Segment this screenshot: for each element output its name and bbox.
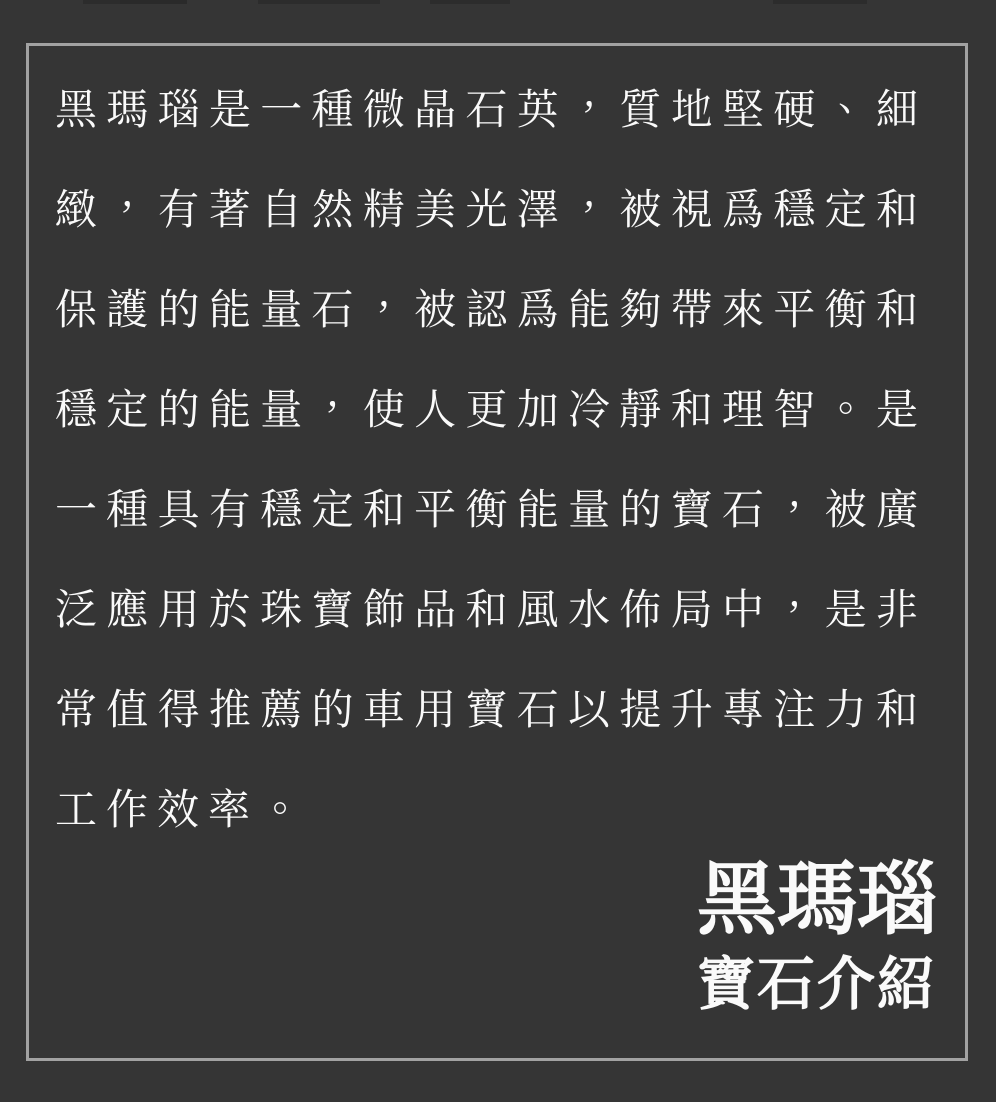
- title-block: 黑瑪瑙 寶石介紹: [697, 855, 937, 1022]
- cropped-content-remnants: [0, 0, 996, 5]
- crop-remnant-mark: [430, 0, 510, 4]
- body-text-line: 緻，有著自然精美光澤，被視爲穩定和: [55, 161, 918, 261]
- gem-title: 黑瑪瑙: [697, 855, 937, 948]
- body-text-line: 黑瑪瑙是一種微晶石英，質地堅硬、細: [55, 61, 918, 161]
- gem-subtitle: 寶石介紹: [697, 948, 937, 1022]
- crop-remnant-mark: [143, 0, 187, 4]
- crop-remnant-mark: [773, 0, 867, 4]
- body-text-line: 常值得推薦的車用寶石以提升專注力和: [55, 661, 918, 761]
- gem-description: 黑瑪瑙是一種微晶石英，質地堅硬、細 緻，有著自然精美光澤，被視爲穩定和 保護的能…: [55, 61, 918, 861]
- body-text-line: 泛應用於珠寶飾品和風水佈局中，是非: [55, 561, 918, 661]
- body-text-line: 一種具有穩定和平衡能量的寶石，被廣: [55, 461, 918, 561]
- body-text-line: 穩定的能量，使人更加冷靜和理智。是: [55, 361, 918, 461]
- body-text-line: 保護的能量石，被認爲能夠帶來平衡和: [55, 261, 918, 361]
- crop-remnant-mark: [258, 0, 380, 4]
- body-text-line: 工作效率。: [55, 761, 918, 861]
